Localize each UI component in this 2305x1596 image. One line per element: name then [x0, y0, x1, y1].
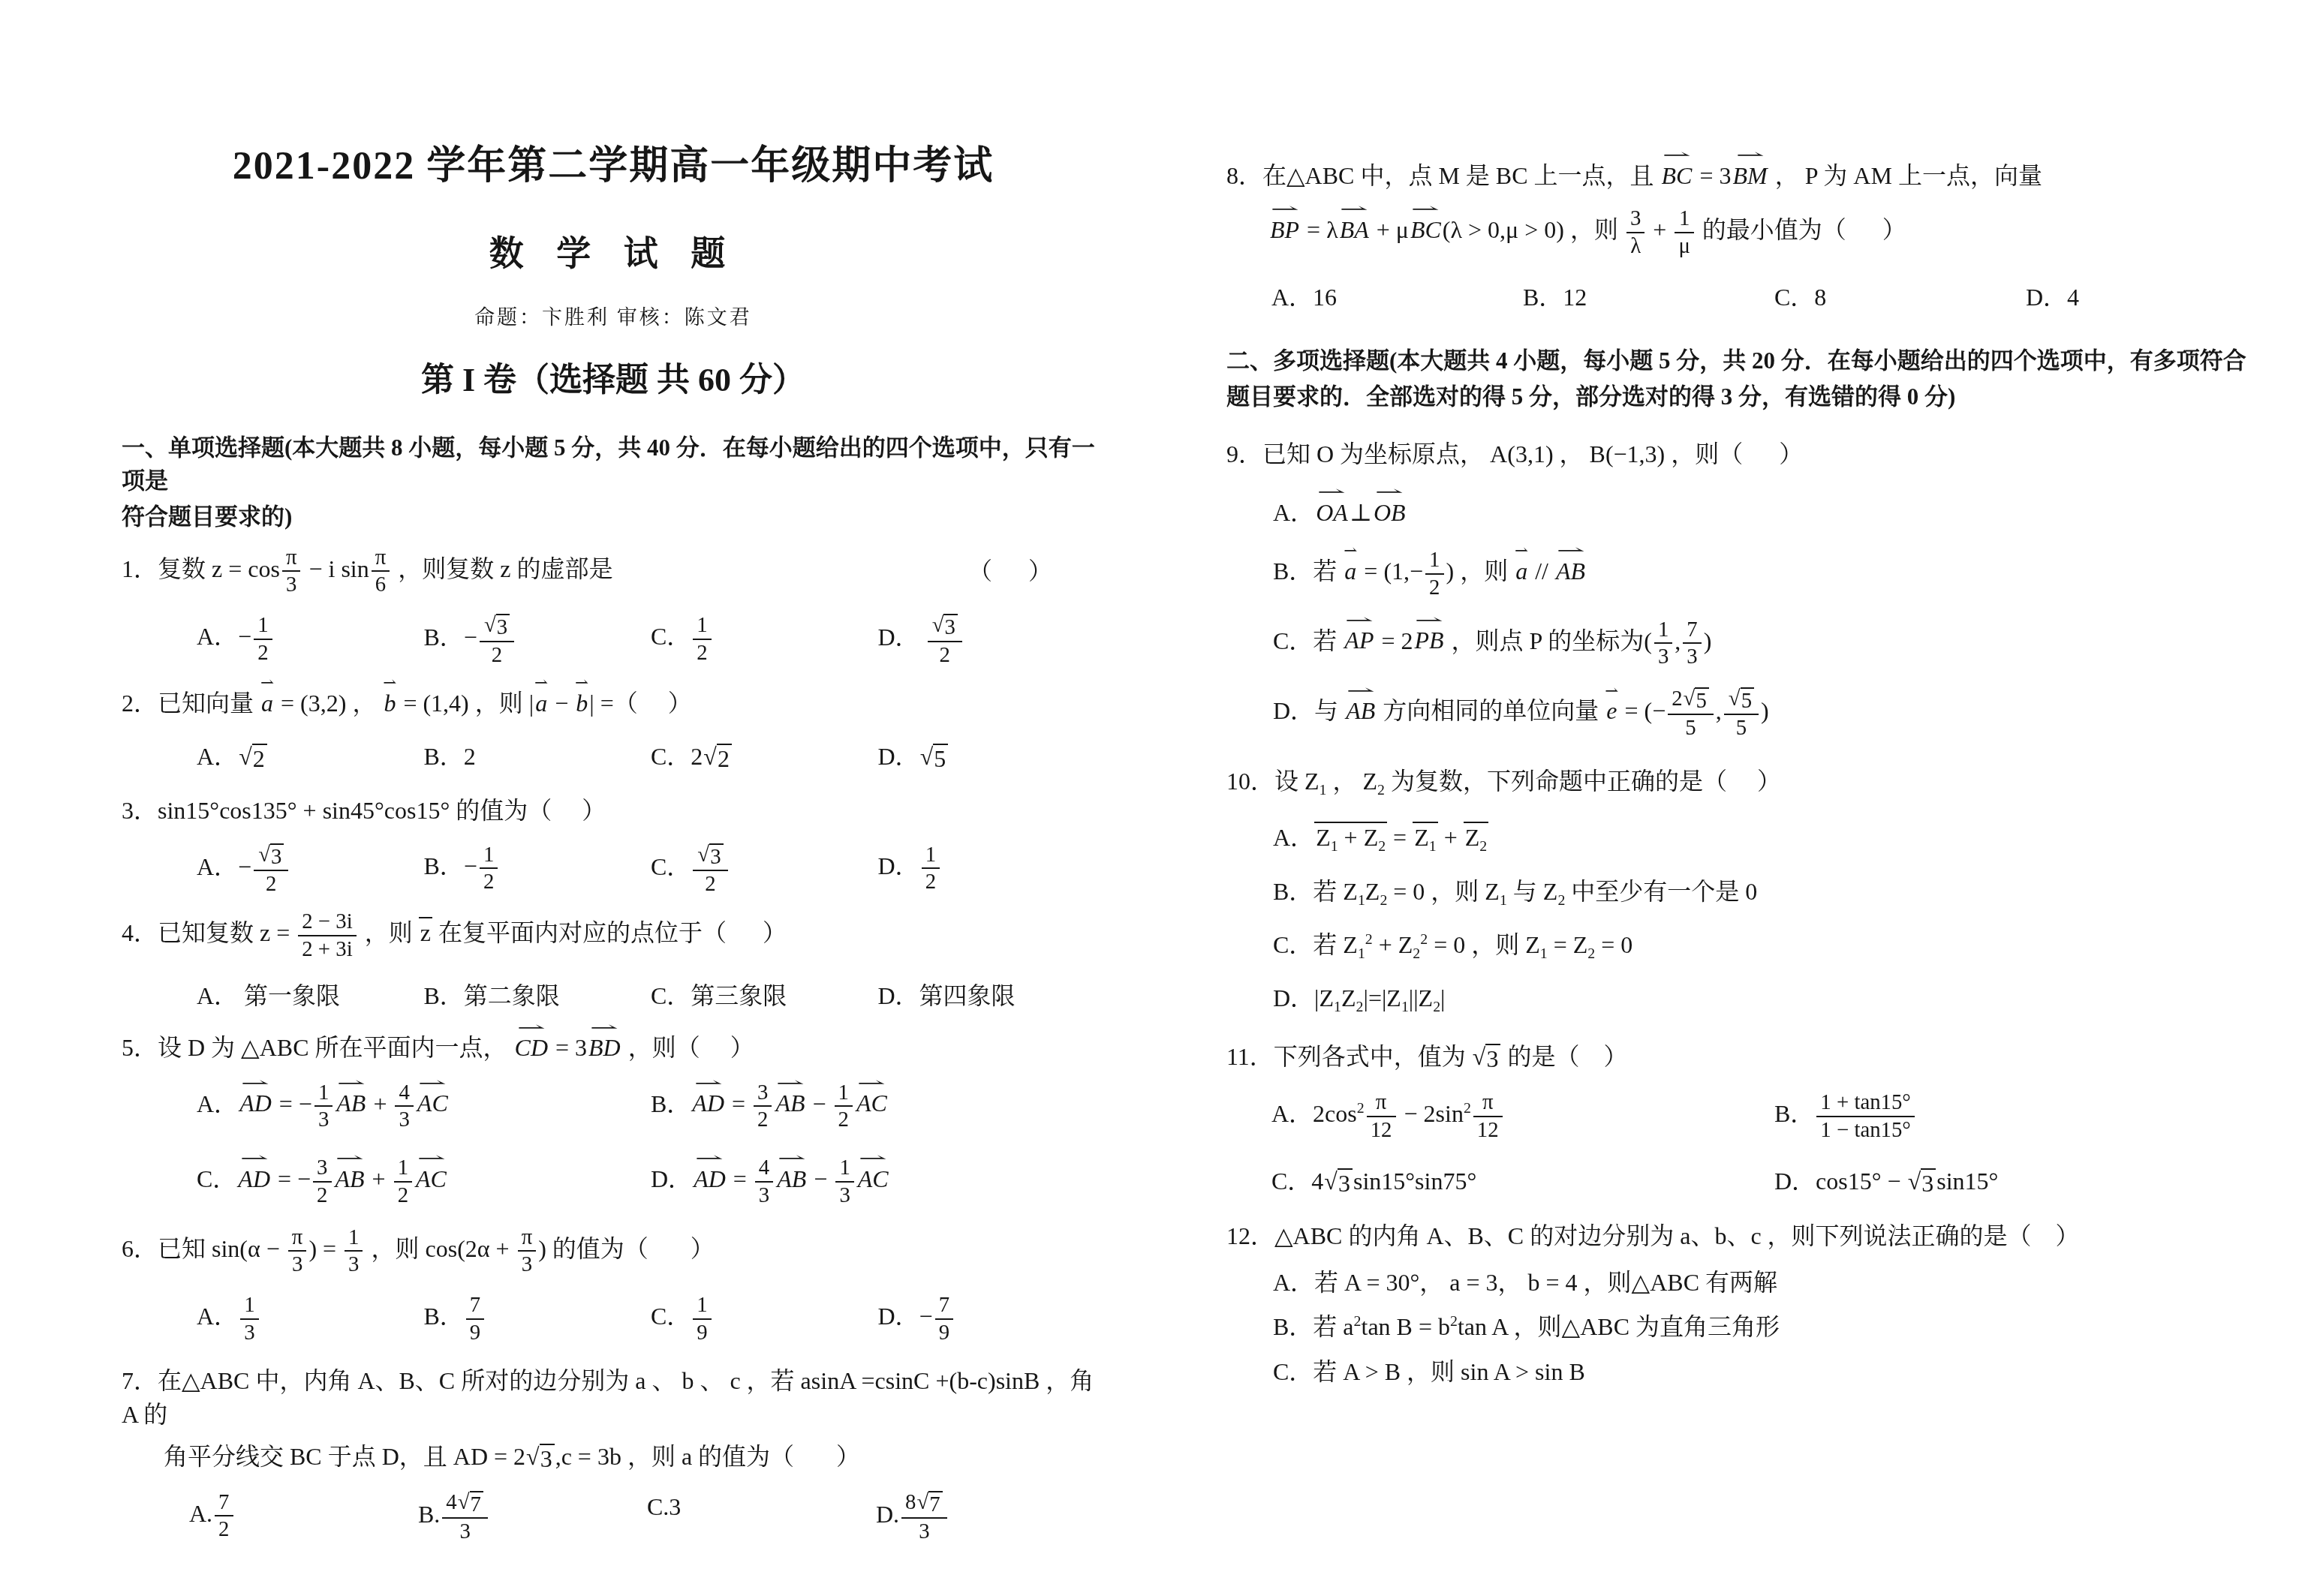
- question-3-option-d: D．12: [878, 838, 1106, 896]
- question-7-options: A.72 B.4√73 C.3 D.8√73: [122, 1486, 1105, 1543]
- question-7-option-a: A.72: [189, 1486, 418, 1543]
- question-9-option-b: B．若 a = (1,−12) ，则 a // AB: [1226, 543, 2277, 600]
- question-4-option-d: D．第四象限: [878, 975, 1106, 1013]
- question-11-options: A．2cos2π12 − 2sin2π12 B．1 + tan15°1 − ta…: [1226, 1086, 2277, 1198]
- question-12-option-c: C．若 A > B ，则 sin A > sin B: [1226, 1351, 2277, 1389]
- question-8-option-b: B．12: [1523, 276, 1774, 314]
- question-7-option-d: D.8√73: [876, 1486, 1105, 1543]
- question-1-option-a: A．−12: [197, 609, 424, 666]
- question-4-option-b: B．第二象限: [424, 975, 651, 1013]
- exam-page: 2021-2022 学年第二学期高一年级期中考试 数 学 试 题 命题：卞胜利 …: [0, 0, 2305, 1596]
- question-11-stem: 11．下列各式中，值为 √3 的是（ ）: [1226, 1040, 2277, 1074]
- question-3-options: A．−√32 B．−12 C．√32 D．12: [122, 838, 1105, 896]
- question-1-option-c: C．12: [651, 609, 878, 666]
- question-10-stem: 10．设 Z1 ， Z2 为复数，下列命题中正确的是（ ）: [1226, 765, 2277, 798]
- question-2-option-a: A．√2: [197, 735, 424, 774]
- question-1-stem: 1．复数 z = cosπ3 − i sinπ6 ，则复数 z 的虚部是: [122, 546, 613, 597]
- question-11: 11．下列各式中，值为 √3 的是（ ） A．2cos2π12 − 2sin2π…: [1226, 1040, 2277, 1198]
- question-2-options: A．√2 B．2 C．2√2 D．√5: [122, 735, 1105, 774]
- left-column: 2021-2022 学年第二学期高一年级期中考试 数 学 试 题 命题：卞胜利 …: [122, 0, 1105, 1544]
- question-6-options: A．13 B．79 C．19 D．−79: [122, 1288, 1105, 1345]
- question-12: 12．△ABC 的内角 A、B、C 的对边分别为 a、b、c ，则下列说法正确的…: [1226, 1219, 2277, 1389]
- question-5-option-a: A．AD = −13AB + 43AC: [197, 1076, 651, 1132]
- question-10-option-a: A．Z1 + Z2 = Z1 + Z2: [1226, 816, 2277, 855]
- question-2-option-b: B．2: [424, 735, 651, 774]
- question-7-stem-line1: 7．在△ABC 中，内角 A、B、C 所对的边分别为 a 、 b 、 c ，若 …: [122, 1364, 1105, 1432]
- question-4-stem: 4．已知复数 z = 2 − 3i2 + 3i ，则 z 在复平面内对应的点位于…: [122, 909, 1105, 961]
- question-7-stem-line2: 角平分线交 BC 于点 D，且 AD = 2√3,c = 3b ，则 a 的值为…: [164, 1440, 1105, 1474]
- subject-title: 数 学 试 题: [122, 229, 1105, 278]
- question-10-option-c: C．若 Z12 + Z22 = 0 ，则 Z1 = Z2 = 0: [1226, 924, 2277, 962]
- question-8-stem-line1: 8．在△ABC 中，点 M 是 BC 上一点，且 BC = 3BM ， P 为 …: [1226, 159, 2277, 193]
- question-2-option-d: D．√5: [878, 735, 1106, 774]
- question-6-option-a: A．13: [197, 1288, 424, 1345]
- question-7-option-c: C.3: [647, 1486, 876, 1543]
- question-3: 3．sin15°cos135° + sin45°cos15° 的值为（ ） A．…: [122, 794, 1105, 897]
- part-title: 第 I 卷（选择题 共 60 分）: [122, 357, 1105, 404]
- question-8-stem-line2: BP = λBA + μBC(λ > 0,μ > 0) ，则 3λ + 1μ 的…: [1268, 206, 2277, 258]
- question-12-option-a: A．若 A = 30°， a = 3， b = 4 ，则△ABC 有两解: [1226, 1261, 2277, 1300]
- exam-title: 2021-2022 学年第二学期高一年级期中考试: [122, 139, 1105, 194]
- question-4: 4．已知复数 z = 2 − 3i2 + 3i ，则 z 在复平面内对应的点位于…: [122, 909, 1105, 1013]
- question-6: 6．已知 sin(α − π3) = 13 ，则 cos(2α + π3) 的值…: [122, 1225, 1105, 1345]
- question-6-stem: 6．已知 sin(α − π3) = 13 ，则 cos(2α + π3) 的值…: [122, 1225, 1105, 1277]
- question-4-options: A． 第一象限 B．第二象限 C．第三象限 D．第四象限: [122, 975, 1105, 1013]
- question-3-option-b: B．−12: [424, 838, 651, 896]
- question-2: 2．已知向量 a = (3,2) ， b = (1,4) ，则 |a − b| …: [122, 687, 1105, 774]
- question-2-option-c: C．2√2: [651, 735, 878, 774]
- question-3-option-c: C．√32: [651, 838, 878, 896]
- question-9-stem: 9．已知 O 为坐标原点， A(3,1) ， B(−1,3) ，则（ ）: [1226, 437, 2277, 471]
- question-10-option-b: B．若 Z1Z2 = 0 ，则 Z1 与 Z2 中至少有一个是 0: [1226, 870, 2277, 909]
- question-3-option-a: A．−√32: [197, 838, 424, 896]
- question-8-option-d: D．4: [2026, 276, 2277, 314]
- question-1-option-d: D． √32: [878, 609, 1106, 666]
- question-9-option-d: D．与 AB 方向相同的单位向量 e = (−2√55,√55): [1226, 682, 2277, 740]
- question-8-option-a: A．16: [1271, 276, 1523, 314]
- question-11-option-c: C．4√3sin15°sin75°: [1271, 1160, 1774, 1198]
- question-6-option-d: D．−79: [878, 1288, 1106, 1345]
- question-11-option-d: D．cos15° − √3sin15°: [1774, 1160, 2277, 1198]
- question-9: 9．已知 O 为坐标原点， A(3,1) ， B(−1,3) ，则（ ） A．O…: [1226, 437, 2277, 740]
- question-9-option-a: A．OA⊥OB: [1226, 491, 2277, 530]
- question-1-stem-row: 1．复数 z = cosπ3 − i sinπ6 ，则复数 z 的虚部是 （ ）: [122, 546, 1105, 597]
- question-1: 1．复数 z = cosπ3 − i sinπ6 ，则复数 z 的虚部是 （ ）…: [122, 546, 1105, 667]
- section1-intro-line1: 一、单项选择题(本大题共 8 小题，每小题 5 分，共 40 分．在每小题给出的…: [122, 431, 1105, 497]
- question-10-option-d: D．|Z1Z2|=|Z1||Z2|: [1226, 977, 2277, 1015]
- section1-intro-line2: 符合题目要求的): [122, 500, 1105, 534]
- credits-line: 命题：卞胜利 审核：陈文君: [122, 303, 1105, 332]
- question-2-stem: 2．已知向量 a = (3,2) ， b = (1,4) ，则 |a − b| …: [122, 687, 1105, 720]
- question-10: 10．设 Z1 ， Z2 为复数，下列命题中正确的是（ ） A．Z1 + Z2 …: [1226, 765, 2277, 1016]
- question-4-option-a: A． 第一象限: [197, 975, 424, 1013]
- question-5-stem: 5．设 D 为 △ABC 所在平面内一点， CD = 3BD ，则（ ）: [122, 1031, 1105, 1065]
- question-9-option-c: C．若 AP = 2PB ，则点 P 的坐标为(13,73): [1226, 613, 2277, 669]
- question-4-option-c: C．第三象限: [651, 975, 878, 1013]
- question-1-option-b: B．−√32: [424, 609, 651, 666]
- question-5-option-d: D．AD = 43AB − 13AC: [651, 1151, 1105, 1207]
- question-5: 5．设 D 为 △ABC 所在平面内一点， CD = 3BD ，则（ ） A．A…: [122, 1031, 1105, 1207]
- question-5-option-c: C．AD = −32AB + 12AC: [197, 1151, 651, 1207]
- question-7-option-b: B.4√73: [418, 1486, 647, 1543]
- question-11-option-a: A．2cos2π12 − 2sin2π12: [1271, 1086, 1774, 1142]
- section2-intro-line1: 二、多项选择题(本大题共 4 小题，每小题 5 分，共 20 分．在每小题给出的…: [1226, 344, 2277, 377]
- right-column: 8．在△ABC 中，点 M 是 BC 上一点，且 BC = 3BM ， P 为 …: [1226, 0, 2277, 1389]
- question-6-option-b: B．79: [424, 1288, 651, 1345]
- question-12-stem: 12．△ABC 的内角 A、B、C 的对边分别为 a、b、c ，则下列说法正确的…: [1226, 1219, 2277, 1253]
- question-11-option-b: B．1 + tan15°1 − tan15°: [1774, 1086, 2277, 1142]
- question-3-stem: 3．sin15°cos135° + sin45°cos15° 的值为（ ）: [122, 794, 1105, 828]
- question-6-option-c: C．19: [651, 1288, 878, 1345]
- question-8: 8．在△ABC 中，点 M 是 BC 上一点，且 BC = 3BM ， P 为 …: [1226, 159, 2277, 314]
- section2-intro-line2: 题目要求的．全部选对的得 5 分，部分选对的得 3 分，有选错的得 0 分): [1226, 380, 2277, 413]
- question-1-options: A．−12 B．−√32 C．12 D． √32: [122, 609, 1105, 666]
- question-5-options: A．AD = −13AB + 43AC B．AD = 32AB − 12AC C…: [122, 1076, 1105, 1207]
- question-12-option-b: B．若 a2tan B = b2tan A ，则△ABC 为直角三角形: [1226, 1306, 2277, 1344]
- question-8-options: A．16 B．12 C．8 D．4: [1226, 276, 2277, 314]
- question-8-option-c: C．8: [1774, 276, 2026, 314]
- question-5-option-b: B．AD = 32AB − 12AC: [651, 1076, 1105, 1132]
- question-1-answer-bracket: （ ）: [968, 555, 1052, 588]
- question-7: 7．在△ABC 中，内角 A、B、C 所对的边分别为 a 、 b 、 c ，若 …: [122, 1364, 1105, 1544]
